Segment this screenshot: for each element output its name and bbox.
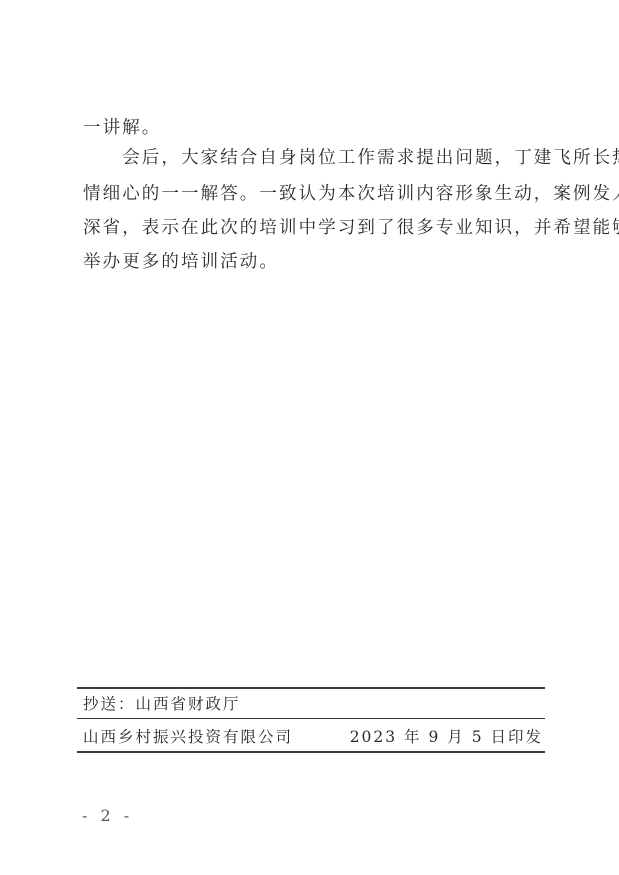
page-number: - 2 - (82, 806, 133, 825)
footer-bottom-rule (77, 751, 545, 753)
cc-label: 抄送： (83, 695, 136, 713)
footer-middle-rule (77, 718, 545, 719)
issuer-name: 山西乡村振兴投资有限公司 (83, 727, 293, 747)
body-line-1: 一讲解。 (83, 117, 161, 139)
issue-date: 2023 年 9 月 5 日印发 (350, 727, 543, 747)
body-line-2: 会后，大家结合自身岗位工作需求提出问题，丁建飞所长热 (83, 147, 619, 169)
cc-line: 抄送：山西省财政厅 (83, 694, 241, 714)
cc-recipient: 山西省财政厅 (136, 695, 241, 713)
body-line-3: 情细心的一一解答。一致认为本次培训内容形象生动，案例发人 (83, 183, 619, 205)
body-line-5: 举办更多的培训活动。 (83, 251, 279, 273)
document-page: 一讲解。 会后，大家结合自身岗位工作需求提出问题，丁建飞所长热 情细心的一一解答… (0, 0, 619, 875)
footer-top-rule (77, 687, 545, 689)
body-line-4: 深省，表示在此次的培训中学习到了很多专业知识，并希望能够 (83, 217, 619, 239)
